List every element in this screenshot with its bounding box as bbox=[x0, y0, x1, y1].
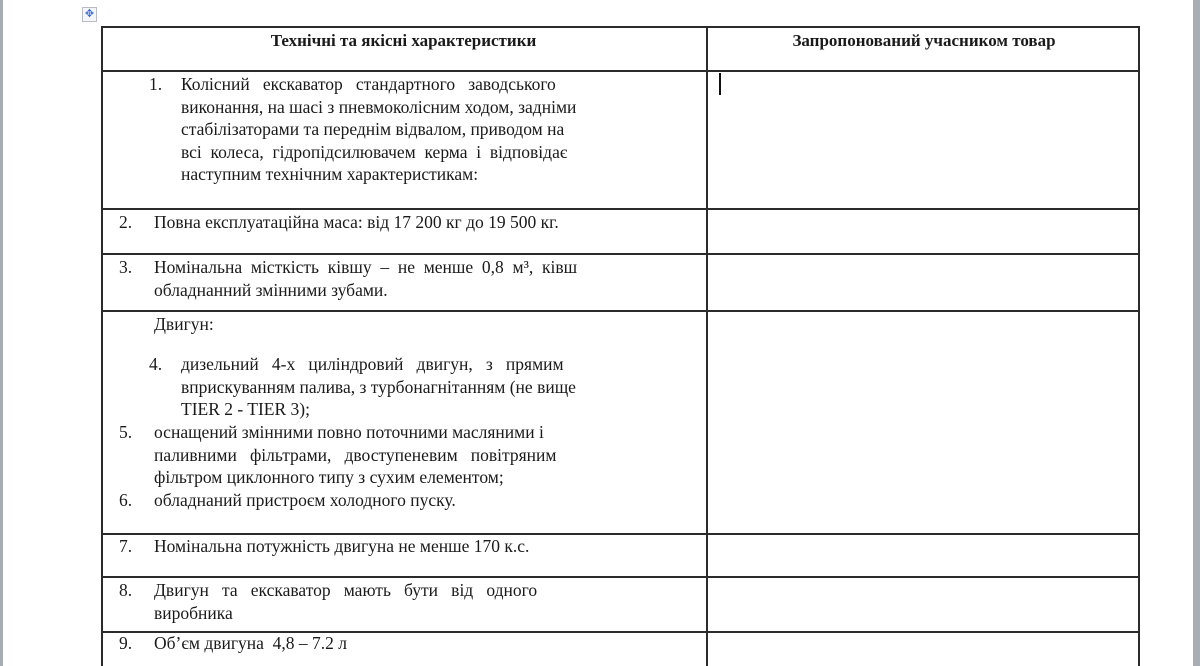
table-row: 8. Двигун та екскаватор мають бути від о… bbox=[101, 576, 1140, 631]
item-number: 8. bbox=[119, 579, 132, 602]
item-number: 7. bbox=[119, 535, 132, 558]
text-cursor bbox=[719, 73, 721, 95]
spec-text: Номінальна місткість ківшу – не менше 0,… bbox=[154, 256, 704, 301]
offered-cell[interactable] bbox=[708, 70, 1140, 208]
spec-text: Колісний екскаватор стандартного заводсь… bbox=[181, 73, 699, 186]
spec-text: обладнаний пристроєм холодного пуску. bbox=[154, 489, 699, 512]
move-arrows-icon: ✥ bbox=[85, 9, 94, 20]
item-number: 4. bbox=[149, 353, 162, 376]
group-title: Двигун: bbox=[154, 313, 214, 336]
offered-cell[interactable] bbox=[708, 576, 1140, 631]
table-row: Двигун: 4. дизельний 4-х циліндровий дви… bbox=[101, 310, 1140, 533]
spec-text: дизельний 4-х циліндровий двигун, з прям… bbox=[181, 353, 699, 421]
column-header-specs: Технічні та якісні характеристики bbox=[101, 31, 706, 51]
offered-cell[interactable] bbox=[708, 631, 1140, 666]
item-number: 6. bbox=[119, 489, 132, 512]
spec-text: Номінальна потужність двигуна не менше 1… bbox=[154, 535, 704, 558]
column-header-offered: Запропонований учасником товар bbox=[708, 31, 1140, 51]
item-number: 1. bbox=[149, 73, 162, 96]
table-row: 2. Повна експлуатаційна маса: від 17 200… bbox=[101, 208, 1140, 253]
spec-text: Двигун та екскаватор мають бути від одно… bbox=[154, 579, 699, 624]
table-header-row: Технічні та якісні характеристики Запроп… bbox=[101, 26, 1140, 70]
table-row: 9. Об’єм двигуна 4,8 – 7.2 л bbox=[101, 631, 1140, 666]
item-number: 5. bbox=[119, 421, 132, 444]
offered-cell[interactable] bbox=[708, 208, 1140, 253]
table-row: 1. Колісний екскаватор стандартного заво… bbox=[101, 70, 1140, 208]
item-number: 2. bbox=[119, 211, 132, 234]
table-move-handle[interactable]: ✥ bbox=[82, 7, 97, 22]
page-left-edge bbox=[0, 0, 3, 666]
offered-cell[interactable] bbox=[708, 533, 1140, 576]
offered-cell[interactable] bbox=[708, 253, 1140, 310]
item-number: 9. bbox=[119, 632, 132, 655]
spec-text: оснащений змінними повно поточними масля… bbox=[154, 421, 699, 489]
spec-text: Об’єм двигуна 4,8 – 7.2 л bbox=[154, 632, 704, 655]
spec-text: Повна експлуатаційна маса: від 17 200 кг… bbox=[154, 211, 704, 234]
offered-cell[interactable] bbox=[708, 310, 1140, 533]
table-row: 3. Номінальна місткість ківшу – не менше… bbox=[101, 253, 1140, 310]
table-row: 7. Номінальна потужність двигуна не менш… bbox=[101, 533, 1140, 576]
item-number: 3. bbox=[119, 256, 132, 279]
vertical-scrollbar[interactable] bbox=[1193, 0, 1200, 666]
